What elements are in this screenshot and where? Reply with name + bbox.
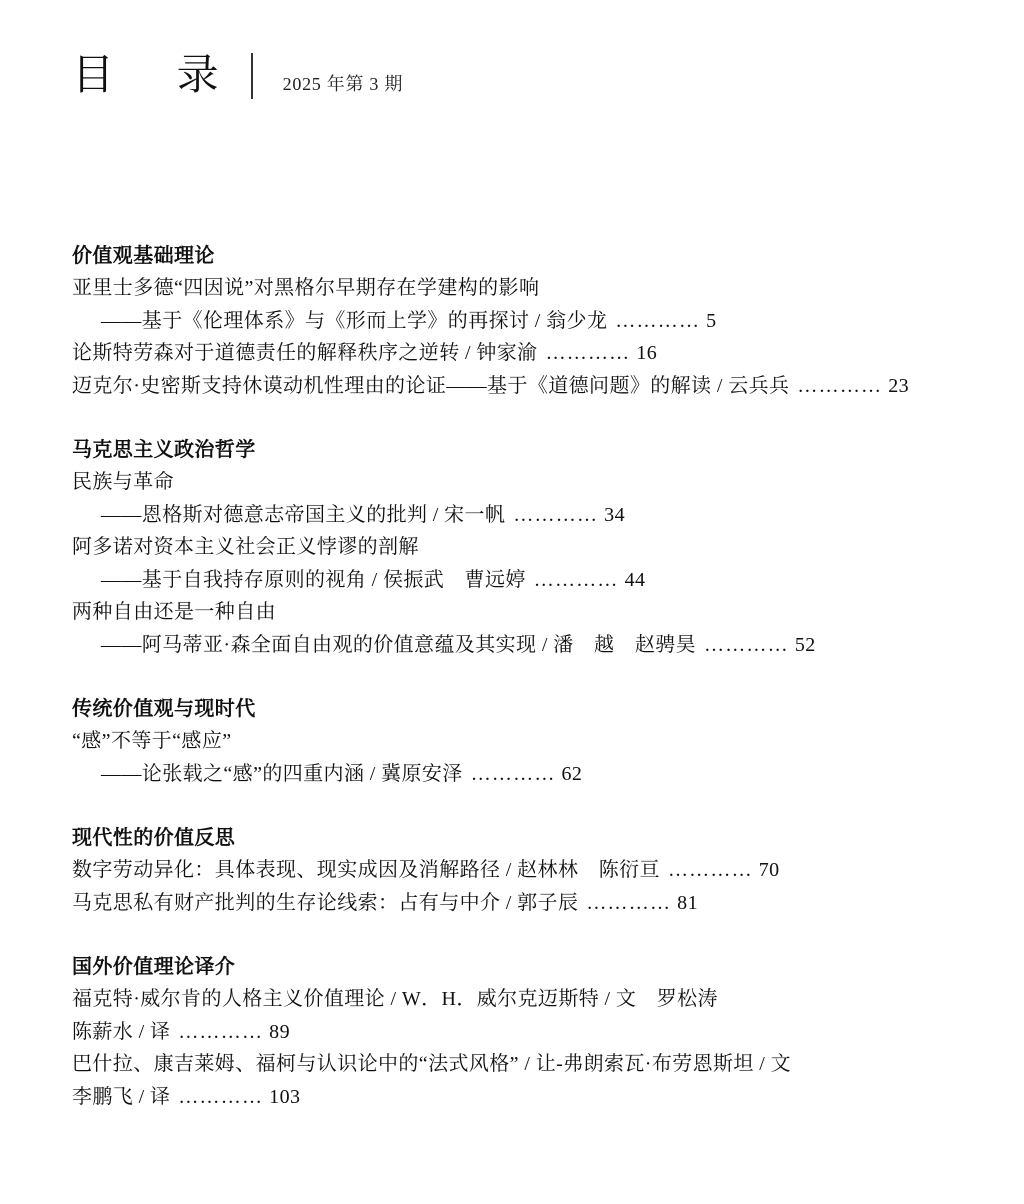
entry-text: 民族与革命	[72, 471, 174, 493]
toc-section: 价值观基础理论亚里士多德“四因说”对黑格尔早期存在学建构的影响——基于《伦理体系…	[72, 240, 952, 402]
toc-entry-line: ——基于自我持存原则的视角 / 侯振武 曹远婷…………44	[72, 564, 952, 597]
toc-section: 国外价值理论译介福克特·威尔肯的人格主义价值理论 / W．H．威尔克迈斯特 / …	[72, 951, 952, 1113]
toc-entry-line: 陈薪水 / 译…………89	[72, 1016, 952, 1049]
issue-label: 2025 年第 3 期	[283, 70, 403, 96]
entry-text: 论斯特劳森对于道德责任的解释秩序之逆转 / 钟家渝	[72, 342, 538, 364]
toc-entry-line: 民族与革命	[72, 466, 952, 499]
dot-leader: …………	[178, 1086, 263, 1108]
toc-page: 目 录 2025 年第 3 期 价值观基础理论亚里士多德“四因说”对黑格尔早期存…	[0, 0, 1024, 1173]
toc-entry-line: 数字劳动异化：具体表现、现实成因及消解路径 / 赵林林 陈衍亘…………70	[72, 854, 952, 887]
page-number: 16	[636, 342, 657, 364]
dot-leader: …………	[797, 375, 882, 397]
dot-leader: …………	[586, 892, 671, 914]
entry-text: 巴什拉、康吉莱姆、福柯与认识论中的“法式风格” / 让-弗朗索瓦·布劳恩斯坦 /…	[72, 1053, 791, 1075]
entry-text: ——论张载之“感”的四重内涵 / 冀原安泽	[101, 763, 463, 785]
dot-leader: …………	[178, 1021, 263, 1043]
entry-text: ——阿马蒂亚·森全面自由观的价值意蕴及其实现 / 潘 越 赵骋昊	[101, 634, 696, 656]
entry-text: ——基于自我持存原则的视角 / 侯振武 曹远婷	[101, 569, 526, 591]
page-number: 52	[795, 634, 816, 656]
page-number: 23	[888, 375, 909, 397]
toc-entry-line: ——恩格斯对德意志帝国主义的批判 / 宋一帆…………34	[72, 499, 952, 532]
toc-entry-line: 马克思私有财产批判的生存论线索：占有与中介 / 郭子辰…………81	[72, 887, 952, 920]
toc-entry-line: 亚里士多德“四因说”对黑格尔早期存在学建构的影响	[72, 272, 952, 305]
page-number: 34	[604, 504, 625, 526]
dot-leader: …………	[513, 504, 598, 526]
entry-text: “感”不等于“感应”	[72, 730, 232, 752]
entry-text: 马克思私有财产批判的生存论线索：占有与中介 / 郭子辰	[72, 892, 578, 914]
entry-text: 两种自由还是一种自由	[72, 601, 276, 623]
dot-leader: …………	[668, 859, 753, 881]
entry-text: ——基于《伦理体系》与《形而上学》的再探讨 / 翁少龙	[101, 310, 607, 332]
toc-entry-line: 迈克尔·史密斯支持休谟动机性理由的论证——基于《道德问题》的解读 / 云兵兵………	[72, 370, 952, 403]
toc-entry-line: “感”不等于“感应”	[72, 725, 952, 758]
toc-entry-line: ——基于《伦理体系》与《形而上学》的再探讨 / 翁少龙…………5	[72, 305, 952, 338]
section-heading: 价值观基础理论	[72, 240, 952, 272]
dot-leader: …………	[534, 569, 619, 591]
dot-leader: …………	[546, 342, 631, 364]
page-number: 5	[706, 310, 716, 332]
section-heading: 现代性的价值反思	[72, 822, 952, 854]
page-number: 103	[269, 1086, 300, 1108]
masthead: 目 录 2025 年第 3 期	[72, 50, 952, 102]
page-number: 44	[625, 569, 646, 591]
toc-section: 传统价值观与现时代“感”不等于“感应”——论张载之“感”的四重内涵 / 冀原安泽…	[72, 693, 952, 790]
dot-leader: …………	[471, 763, 556, 785]
section-heading: 传统价值观与现时代	[72, 693, 952, 725]
toc-section: 现代性的价值反思数字劳动异化：具体表现、现实成因及消解路径 / 赵林林 陈衍亘……	[72, 822, 952, 919]
page-number: 70	[759, 859, 780, 881]
entry-text: 迈克尔·史密斯支持休谟动机性理由的论证——基于《道德问题》的解读 / 云兵兵	[72, 375, 789, 397]
entry-text: 亚里士多德“四因说”对黑格尔早期存在学建构的影响	[72, 277, 539, 299]
section-heading: 国外价值理论译介	[72, 951, 952, 983]
toc-entry-line: 论斯特劳森对于道德责任的解释秩序之逆转 / 钟家渝…………16	[72, 337, 952, 370]
page-title: 目 录	[72, 55, 245, 97]
toc-entry-line: 阿多诺对资本主义社会正义悖谬的剖解	[72, 531, 952, 564]
entry-text: 李鹏飞 / 译	[72, 1086, 170, 1108]
entry-text: 福克特·威尔肯的人格主义价值理论 / W．H．威尔克迈斯特 / 文 罗松涛	[72, 988, 718, 1010]
dot-leader: …………	[704, 634, 789, 656]
title-divider	[251, 53, 253, 99]
page-number: 89	[269, 1021, 290, 1043]
dot-leader: …………	[615, 310, 700, 332]
entry-text: ——恩格斯对德意志帝国主义的批判 / 宋一帆	[101, 504, 505, 526]
entry-text: 阿多诺对资本主义社会正义悖谬的剖解	[72, 536, 419, 558]
section-heading: 马克思主义政治哲学	[72, 434, 952, 466]
toc-entry-line: 福克特·威尔肯的人格主义价值理论 / W．H．威尔克迈斯特 / 文 罗松涛	[72, 983, 952, 1016]
page-number: 62	[562, 763, 583, 785]
toc-entry-line: 巴什拉、康吉莱姆、福柯与认识论中的“法式风格” / 让-弗朗索瓦·布劳恩斯坦 /…	[72, 1048, 952, 1081]
toc-entry-line: ——阿马蒂亚·森全面自由观的价值意蕴及其实现 / 潘 越 赵骋昊…………52	[72, 629, 952, 662]
toc-entry-line: ——论张载之“感”的四重内涵 / 冀原安泽…………62	[72, 758, 952, 791]
entry-text: 陈薪水 / 译	[72, 1021, 170, 1043]
toc-entry-line: 两种自由还是一种自由	[72, 596, 952, 629]
toc-entry-line: 李鹏飞 / 译…………103	[72, 1081, 952, 1114]
toc-list: 价值观基础理论亚里士多德“四因说”对黑格尔早期存在学建构的影响——基于《伦理体系…	[72, 240, 952, 1113]
entry-text: 数字劳动异化：具体表现、现实成因及消解路径 / 赵林林 陈衍亘	[72, 859, 660, 881]
page-number: 81	[677, 892, 698, 914]
toc-section: 马克思主义政治哲学民族与革命——恩格斯对德意志帝国主义的批判 / 宋一帆……………	[72, 434, 952, 661]
